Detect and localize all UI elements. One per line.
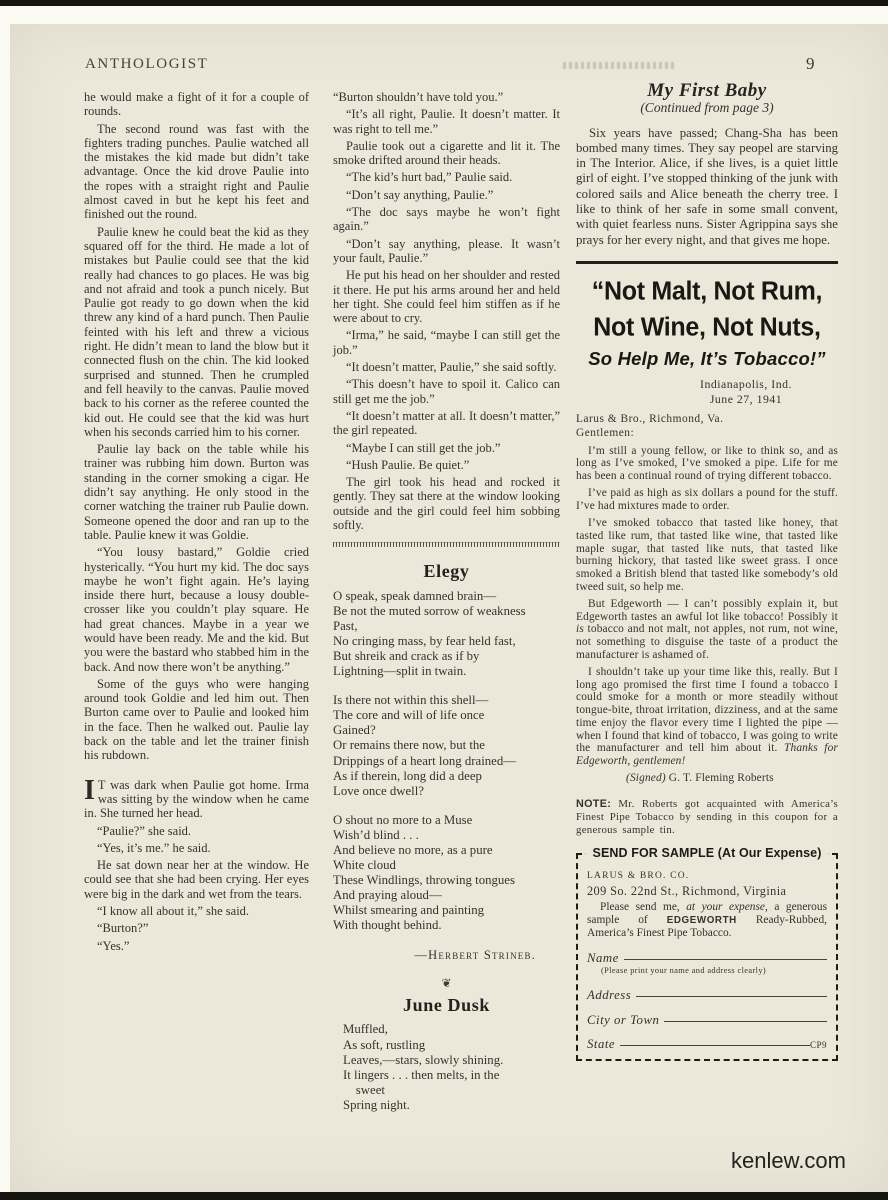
coupon-field-label: State <box>587 1037 615 1051</box>
ad-dateline: Indianapolis, Ind. June 27, 1941 <box>576 377 838 406</box>
coupon-field-label: Name <box>587 951 619 965</box>
story-paragraph: “The doc says maybe he won’t fight again… <box>333 205 560 234</box>
ad-headline-line3: So Help Me, It’s Tobacco!” <box>576 352 838 366</box>
elegy-stanza: O speak, speak damned brain— Be not the … <box>333 589 560 680</box>
story-paragraph: The girl took his head and rocked it gen… <box>333 475 560 532</box>
header-smudge <box>563 62 675 69</box>
story-paragraph: Some of the guys who were hanging around… <box>84 677 309 763</box>
story-paragraph: “You lousy bastard,” Goldie cried hyster… <box>84 545 309 674</box>
column-3: My First Baby (Continued from page 3) Si… <box>576 84 838 1061</box>
story-paragraph: Paulie knew he could beat the kid as the… <box>84 225 309 439</box>
story-paragraph: “It’s all right, Paulie. It doesn’t matt… <box>333 107 560 136</box>
scan-edge-top <box>0 0 888 6</box>
ad-dateline-date: June 27, 1941 <box>710 392 782 406</box>
address-fill-line <box>636 996 827 997</box>
name-fill-line <box>624 959 827 960</box>
june-dusk-poem: Muffled, As soft, rustling Leaves,—stars… <box>333 1022 560 1113</box>
story-paragraph: “Paulie?” she said. <box>84 824 309 838</box>
ad-signed-label: (Signed) <box>626 772 669 784</box>
fleuron-ornament: ❦ <box>333 976 560 990</box>
coupon-form-code: CP9 <box>810 1038 827 1052</box>
ad-signed-name: G. T. Fleming Roberts <box>669 772 774 784</box>
ad-letter-paragraph: I’m still a young fellow, or like to thi… <box>576 445 838 483</box>
ad-headline-line2: Not Wine, Not Nuts, <box>576 308 838 346</box>
story-paragraph: “Maybe I can still get the job.” <box>333 441 560 455</box>
story-paragraph: “I know all about it,” she said. <box>84 904 309 918</box>
my-first-baby-paragraph: Six years have passed; Chang-Sha has bee… <box>576 126 838 248</box>
story-paragraph: “Yes, it’s me.” he said. <box>84 841 309 855</box>
ad-testimonial-letter: Larus & Bro., Richmond, Va. Gentlemen: I… <box>576 413 838 785</box>
story-paragraph: “Don’t say anything, please. It wasn’t y… <box>333 237 560 266</box>
coupon-field-label: Address <box>587 988 631 1002</box>
elegy-stanza: Is there not within this shell— The core… <box>333 693 560 799</box>
story-paragraph: “It doesn’t matter at all. It doesn’t ma… <box>333 409 560 438</box>
ad-letter-paragraph: But Edgeworth — I can’t possibly explain… <box>576 598 838 662</box>
coupon-body-text: Please send me, <box>600 901 686 913</box>
june-dusk-section: June Dusk Muffled, As soft, rustling Lea… <box>333 998 560 1113</box>
my-first-baby-section: My First Baby (Continued from page 3) Si… <box>576 84 838 248</box>
scan-edge-bottom <box>0 1192 888 1200</box>
ad-letter-text: I shouldn’t take up your time like this,… <box>576 666 838 754</box>
poem-attribution: —Herbert Strineb. <box>333 948 560 962</box>
ad-note-label: NOTE: <box>576 798 611 810</box>
ad-letter-salutation: Gentlemen: <box>576 427 838 441</box>
story-paragraph: Paulie lay back on the table while his t… <box>84 442 309 542</box>
story-paragraph: “The kid’s hurt bad,” Paulie said. <box>333 170 560 184</box>
coupon-field-caption: (Please print your name and address clea… <box>601 964 827 978</box>
ad-letter-paragraph: I’ve paid as high as six dollars a pound… <box>576 487 838 512</box>
ad-letter-addressee: Larus & Bro., Richmond, Va. <box>576 413 838 427</box>
coupon-field-city: City or Town <box>587 1013 827 1027</box>
coupon-title: SEND FOR SAMPLE (At Our Expense) <box>586 846 828 860</box>
story-paragraph: he would make a fight of it for a couple… <box>84 90 309 119</box>
story-paragraph: “This doesn’t have to spoil it. Calico c… <box>333 377 560 406</box>
coupon-field-label: City or Town <box>587 1013 659 1027</box>
story-paragraph: “Burton shouldn’t have told you.” <box>333 90 560 104</box>
coupon-body-emphasis: at your expense <box>686 901 765 913</box>
coupon-company: LARUS & BRO. CO. <box>587 869 827 883</box>
edgeworth-tobacco-ad: “Not Malt, Not Rum, Not Wine, Not Nuts, … <box>576 261 838 1061</box>
ad-letter-text: tobacco and not malt, not apples, not ru… <box>576 623 838 660</box>
page-number: 9 <box>806 54 815 74</box>
story-column-2: “Burton shouldn’t have told you.” “It’s … <box>333 90 560 1127</box>
story-paragraph-dropcap: IT was dark when Paulie got home. Irma w… <box>84 778 309 821</box>
section-divider-rule <box>333 542 560 547</box>
story-paragraph: “Hush Paulie. Be quiet.” <box>333 458 560 472</box>
magazine-title: ANTHOLOGIST <box>85 56 208 73</box>
page-surface: ANTHOLOGIST 9 he would make a fight of i… <box>10 24 888 1192</box>
ad-letter-text: But Edgeworth — I can’t possibly explain… <box>576 598 838 623</box>
site-watermark: kenlew.com <box>731 1148 846 1174</box>
story-paragraph: The second round was fast with the fight… <box>84 122 309 222</box>
story-paragraph: “Don’t say anything, Paulie.” <box>333 188 560 202</box>
story-paragraph-text: T was dark when Paulie got home. Irma wa… <box>84 778 309 821</box>
city-fill-line <box>664 1021 827 1022</box>
elegy-title: Elegy <box>333 564 560 578</box>
coupon-field-address: Address <box>587 988 827 1002</box>
coupon-address: 209 So. 22nd St., Richmond, Virginia <box>587 884 827 898</box>
story-paragraph: Paulie took out a cigarette and lit it. … <box>333 139 560 168</box>
coupon-body: Please send me, at your expense, a gener… <box>587 901 827 941</box>
ad-letter-paragraph: I’ve smoked tobacco that tasted like hon… <box>576 517 838 593</box>
ad-dateline-city: Indianapolis, Ind. <box>700 377 792 391</box>
story-paragraph: He put his head on her shoulder and rest… <box>333 268 560 325</box>
coupon-field-name: Name <box>587 951 827 965</box>
story-paragraph: “Burton?” <box>84 921 309 935</box>
elegy-stanza: O shout no more to a Muse Wish’d blind .… <box>333 813 560 934</box>
continued-from-note: (Continued from page 3) <box>576 101 838 115</box>
coupon-brand-name: EDGEWORTH <box>667 915 737 926</box>
story-paragraph: He sat down near her at the window. He c… <box>84 858 309 901</box>
coupon-field-state: StateCP9 <box>587 1037 827 1052</box>
story-paragraph: “It doesn’t matter, Paulie,” she said so… <box>333 360 560 374</box>
ad-headline-line1: “Not Malt, Not Rum, <box>576 272 838 310</box>
story-column-1: he would make a fight of it for a couple… <box>84 90 309 953</box>
sample-coupon: SEND FOR SAMPLE (At Our Expense) LARUS &… <box>576 853 838 1061</box>
elegy-section: Elegy O speak, speak damned brain— Be no… <box>333 564 560 990</box>
ad-note: NOTE: Mr. Roberts got acquainted with Am… <box>576 798 838 838</box>
story-paragraph: “Irma,” he said, “maybe I can still get … <box>333 328 560 357</box>
drop-cap: I <box>84 778 98 803</box>
ad-note-text: Mr. Roberts got acquainted with America’… <box>576 798 838 836</box>
ad-signature: (Signed) G. T. Fleming Roberts <box>576 772 838 785</box>
state-fill-line <box>620 1045 810 1046</box>
ad-letter-paragraph: I shouldn’t take up your time like this,… <box>576 666 838 768</box>
scanned-magazine-page: ANTHOLOGIST 9 he would make a fight of i… <box>0 0 888 1200</box>
june-dusk-title: June Dusk <box>333 998 560 1012</box>
ad-letter-emphasis: is <box>576 623 584 635</box>
story-paragraph: “Yes.” <box>84 939 309 953</box>
my-first-baby-title: My First Baby <box>576 84 838 98</box>
